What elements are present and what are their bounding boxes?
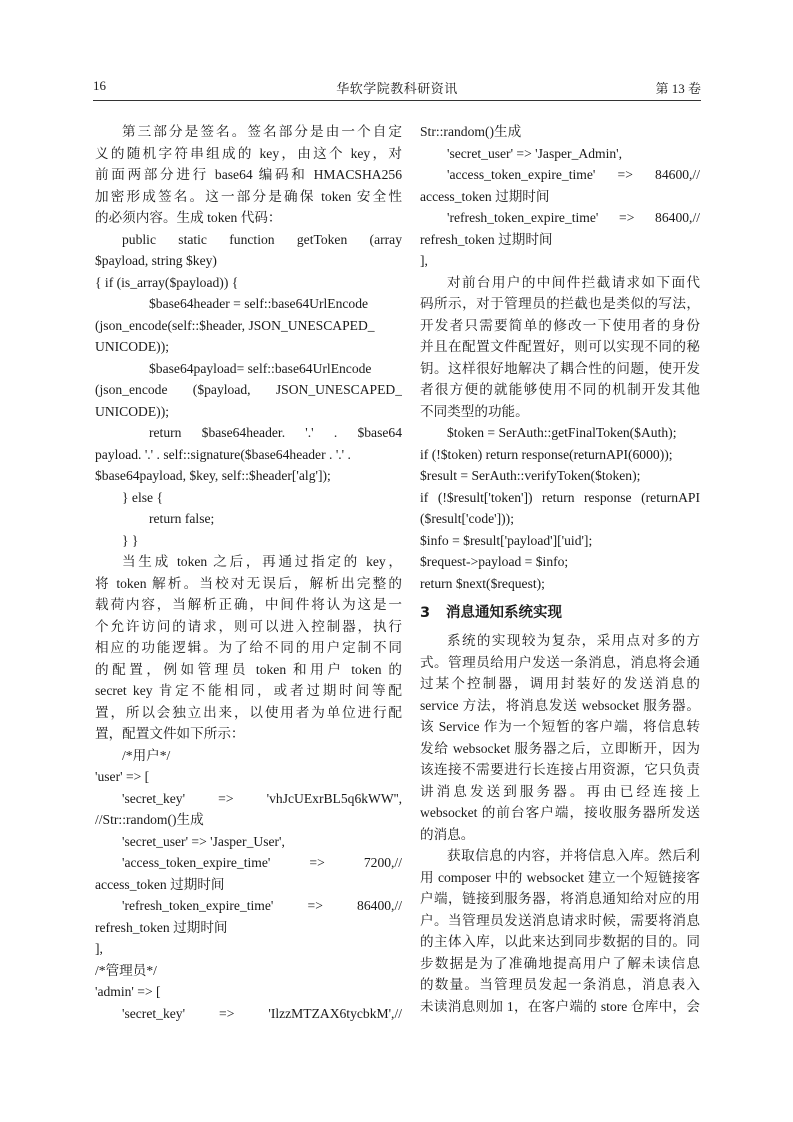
text-line: 获取信息的内容，并将信息入库。然后利 (420, 845, 700, 867)
text-line: Str::random()生成 (420, 121, 700, 143)
text-line: if (!$token) return response(returnAPI(6… (420, 444, 700, 466)
text-line: 并且在配置文件配置好，则可以实现不同的秘 (420, 336, 700, 358)
text-line: 载荷内容，当解析正确，中间件将认为这是一 (95, 594, 402, 616)
text-line: access_token 过期时间 (420, 186, 700, 208)
text-line: 个允许访问的请求，则可以进入控制器，执行 (95, 616, 402, 638)
text-line: } } (95, 530, 402, 552)
text-line: 系统的实现较为复杂，采用点对多的方 (420, 630, 700, 652)
section-heading: 3消息通知系统实现 (420, 596, 700, 630)
text-line: $base64header = self::base64UrlEncode (95, 293, 402, 315)
text-line: secret key 肯定不能相同，或者过期时间等配 (95, 680, 402, 702)
text-line: payload. '.' . self::signature($base64he… (95, 444, 402, 466)
text-line: 'refresh_token_expire_time' => 86400,// (95, 895, 402, 917)
text-line: ], (95, 938, 402, 960)
text-line: public static function getToken (array (95, 229, 402, 251)
text-line: 的必须内容。生成 token 代码： (95, 207, 402, 229)
right-column: Str::random()生成'secret_user' => 'Jasper_… (420, 121, 700, 1017)
text-line: 'secret_key' => 'vhJcUExrBL5q6kWW'', (95, 788, 402, 810)
section-number: 3 (420, 596, 446, 630)
section-title: 消息通知系统实现 (446, 605, 562, 621)
text-line: 式。管理员给用户发送一条消息，消息将会通 (420, 652, 700, 674)
text-line: return false; (95, 508, 402, 530)
text-line: 的配置，例如管理员 token 和用户 token 的 (95, 659, 402, 681)
text-line: $token = SerAuth::getFinalToken($Auth); (420, 422, 700, 444)
text-line: //Str::random()生成 (95, 809, 402, 831)
text-line: 步数据是为了准确地提高用户了解未读信息 (420, 953, 700, 975)
text-line: } else { (95, 487, 402, 509)
text-line: 户。当管理员发送消息请求时候，需要将消息 (420, 910, 700, 932)
text-line: 对前台用户的中间件拦截请求如下面代 (420, 272, 700, 294)
text-line: 户端，链接到服务器，将消息通知给对应的用 (420, 888, 700, 910)
text-line: 'access_token_expire_time' => 7200,// (95, 852, 402, 874)
text-line: UNICODE)); (95, 336, 402, 358)
text-line: 不同类型的功能。 (420, 401, 700, 423)
text-line: 的消息。 (420, 824, 700, 846)
text-line: 'refresh_token_expire_time' => 86400,// (420, 207, 700, 229)
text-line: refresh_token 过期时间 (95, 917, 402, 939)
text-line: 置，配置文件如下所示： (95, 723, 402, 745)
volume-label: 第 13 卷 (655, 78, 701, 97)
text-line: 码所示，对于管理员的拦截也是类似的写法， (420, 293, 700, 315)
text-line: 讲消息发送到服务器。再由已经连接上 (420, 781, 700, 803)
text-line: ], (420, 250, 700, 272)
text-line: $base64payload, $key, self::$header['alg… (95, 465, 402, 487)
text-line: 'admin' => [ (95, 981, 402, 1003)
right-column-top: Str::random()生成'secret_user' => 'Jasper_… (420, 121, 700, 594)
text-line: 置，所以会独立出来，以使用者为单位进行配 (95, 702, 402, 724)
text-line: 第三部分是签名。签名部分是由一个自定 (95, 121, 402, 143)
text-line: 'secret_user' => 'Jasper_Admin', (420, 143, 700, 165)
text-line: return $base64header. '.' . $base64 (95, 422, 402, 444)
text-line: 相应的功能逻辑。为了给不同的用户定制不同 (95, 637, 402, 659)
text-line: $info = $result['payload']['uid']; (420, 530, 700, 552)
text-line: return $next($request); (420, 573, 700, 595)
text-line: 发给 websocket 服务器之后，立即断开，因为 (420, 738, 700, 760)
text-line: 开发者只需要简单的修改一下使用者的身份 (420, 315, 700, 337)
header-rule (93, 100, 701, 101)
text-line: { if (is_array($payload)) { (95, 272, 402, 294)
journal-title: 华软学院教科研资讯 (93, 78, 701, 97)
text-line: websocket 的前台客户端，接收服务器所发送 (420, 802, 700, 824)
right-column-bottom: 系统的实现较为复杂，采用点对多的方式。管理员给用户发送一条消息，消息将会通过某个… (420, 630, 700, 1017)
text-line: (json_encode(self::$header, JSON_UNESCAP… (95, 315, 402, 337)
text-line: 'secret_key' => 'IlzzMTZAX6tycbkM',// (95, 1003, 402, 1025)
text-line: 过某个控制器，调用封装好的发送消息的 (420, 673, 700, 695)
text-line: 加密形成签名。这一部分是确保 token 安全性 (95, 186, 402, 208)
text-line: 者很方便的就能够使用不同的机制开发其他 (420, 379, 700, 401)
text-line: 用 composer 中的 websocket 建立一个短链接客 (420, 867, 700, 889)
text-line: if (!$result['token']) return response (… (420, 487, 700, 509)
text-line: 义的随机字符串组成的 key，由这个 key，对 (95, 143, 402, 165)
text-line: refresh_token 过期时间 (420, 229, 700, 251)
text-line: UNICODE)); (95, 401, 402, 423)
text-line: 'access_token_expire_time' => 84600,// (420, 164, 700, 186)
text-line: access_token 过期时间 (95, 874, 402, 896)
text-line: 前面两部分进行 base64 编码和 HMACSHA256 (95, 164, 402, 186)
text-line: 钥。这样很好地解决了耦合性的问题，使开发 (420, 358, 700, 380)
text-line: 该连接不需要进行长连接占用资源，它只负责 (420, 759, 700, 781)
text-line: $result = SerAuth::verifyToken($token); (420, 465, 700, 487)
left-column: 第三部分是签名。签名部分是由一个自定义的随机字符串组成的 key，由这个 key… (95, 121, 402, 1024)
text-line: /*管理员*/ (95, 960, 402, 982)
text-line: 当生成 token 之后，再通过指定的 key， (95, 551, 402, 573)
text-line: /*用户*/ (95, 745, 402, 767)
text-line: 的主体入库，以此来达到同步数据的目的。同 (420, 931, 700, 953)
text-line: ($result['code'])); (420, 508, 700, 530)
text-line: $request->payload = $info; (420, 551, 700, 573)
text-line: $base64payload= self::base64UrlEncode (95, 358, 402, 380)
text-line: 'user' => [ (95, 766, 402, 788)
text-line: $payload, string $key) (95, 250, 402, 272)
text-line: (json_encode ($payload, JSON_UNESCAPED_ (95, 379, 402, 401)
text-line: 的数量。当管理员发起一条消息，消息表入库， (420, 974, 700, 996)
text-line: service 方法，将消息发送 websocket 服务器。 (420, 695, 700, 717)
text-line: 'secret_user' => 'Jasper_User', (95, 831, 402, 853)
running-header: 16 华软学院教科研资讯 第 13 卷 (93, 78, 701, 98)
text-line: 将 token 解析。当校对无误后，解析出完整的 (95, 573, 402, 595)
text-line: 该 Service 作为一个短暂的客户端，将信息转 (420, 716, 700, 738)
text-line: 未读消息则加 1，在客户端的 store 仓库中，会 (420, 996, 700, 1018)
